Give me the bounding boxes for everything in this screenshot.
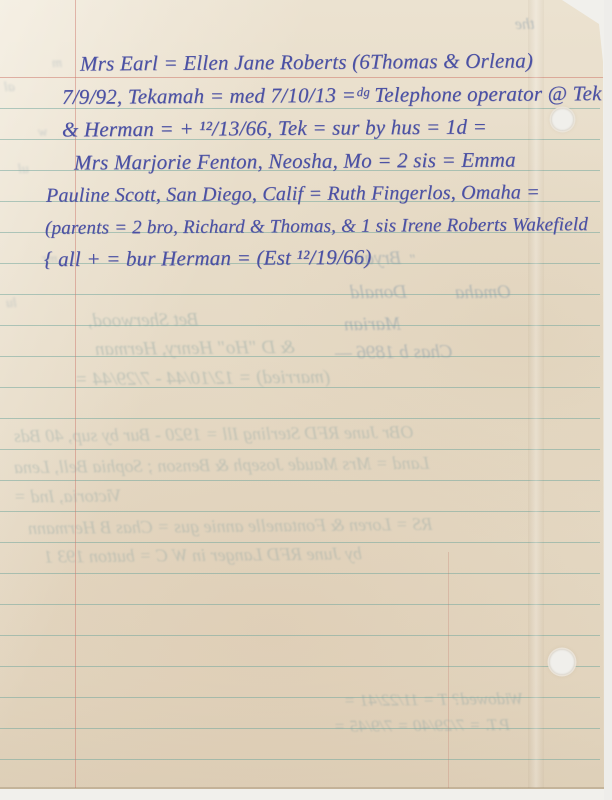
bleedthrough-line: Land = Mrs Maude Joseph & Benson ; Sophi… (14, 453, 430, 478)
bleedthrough-line: Widowed? T = 11/22/41 = (344, 689, 523, 711)
punch-hole-bottom-icon (549, 649, 575, 675)
handwriting-line-3: & Herman = + ¹²/13/66, Tek = sur by hus … (62, 115, 487, 142)
bleedthrough-line: Victoria, Ind = (14, 485, 122, 507)
bleedthrough-line: OBr June RFD Sterling Ill = 1920 - Bur b… (14, 422, 414, 447)
bleedthrough-line: Chas b 1896 — (335, 341, 453, 364)
bleedthrough-line: Bet Sherwood, (88, 309, 199, 332)
bleedthrough-smudge: the (515, 16, 535, 34)
scanner-background-right (604, 0, 612, 800)
bleedthrough-line: Omaha (455, 282, 511, 305)
handwriting-line-2: 7/9/92, Tekamah = med 7/10/13 =ᵈᵍ Teleph… (62, 81, 602, 109)
bleedthrough-smudge: w (38, 125, 48, 141)
bleedthrough-line: by June RFD Langer in W C = button 193 1 (44, 543, 362, 567)
bleedthrough-line: Bryan (355, 248, 402, 270)
handwriting-line-1: Mrs Earl = Ellen Jane Roberts (6Thomas &… (80, 48, 533, 75)
bleedthrough-smudge: al (4, 80, 15, 96)
handwriting-line-7: { all + = bur Herman = (Est ¹²/19/66) (44, 245, 372, 271)
paper-sheet: Mrs Earl = Ellen Jane Roberts (6Thomas &… (0, 0, 604, 789)
bleedthrough-smudge: mr (42, 252, 58, 268)
handwriting-line-6: (parents = 2 bro, Richard & Thomas, & 1 … (45, 213, 588, 241)
bleedthrough-smudge: lu (6, 296, 17, 312)
bleedthrough-line: Donald (350, 282, 407, 305)
bleedthrough-line: Marian (344, 314, 401, 337)
handwriting-line-4: Mrs Marjorie Fenton, Neosha, Mo = 2 sis … (74, 147, 516, 174)
bleedthrough-smudge: ul (18, 162, 29, 178)
bleedthrough-smudge: m (52, 56, 62, 72)
bleedthrough-line: P.T. = 7/29/40 = 7/9/45 = (334, 715, 510, 737)
bleedthrough-line: (married) = 12/10/44 - 7/29/44 = (75, 367, 330, 392)
head-margin-line (0, 77, 604, 78)
bleed-margin-line (448, 552, 449, 788)
bleedthrough-line: & D "Ho" Henry, Herman (95, 337, 295, 361)
scanner-background-bottom (0, 789, 612, 800)
handwriting-line-5: Pauline Scott, San Diego, Calif = Ruth F… (46, 180, 540, 207)
paper-crease (528, 0, 544, 788)
bleedthrough-line: RS = Loren & Fontanelle annie gus = Chas… (28, 514, 433, 539)
punch-hole-top-icon (551, 108, 574, 131)
bleedthrough-ditto-mark: ″ (410, 252, 416, 269)
